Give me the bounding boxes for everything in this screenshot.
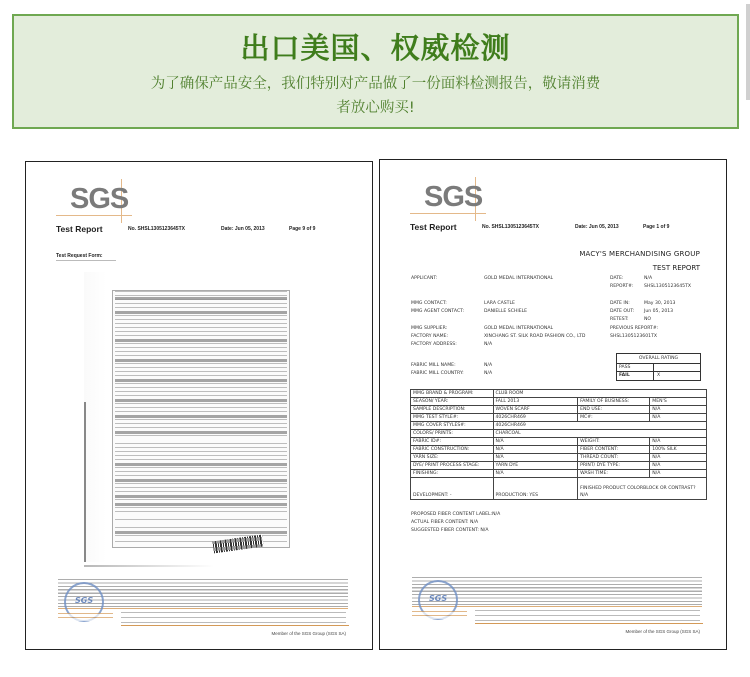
report-header: Test Report No. SHSL1305123645TX Date: J… xyxy=(410,222,710,236)
field-value: N/A xyxy=(484,342,492,347)
fiber-content-line: SUGGESTED FIBER CONTENT: N/A xyxy=(411,528,488,533)
sgs-logo: SGS xyxy=(56,179,128,219)
sgs-logo: SGS xyxy=(410,177,482,217)
group-title: MACY'S MERCHANDISING GROUP xyxy=(579,250,700,258)
field-value: GOLD MEDAL INTERNATIONAL xyxy=(484,326,553,331)
field-value: NO xyxy=(644,317,651,322)
page-number: Page 1 of 9 xyxy=(643,224,669,230)
table-row: SAMPLE DESCRIPTION:WOVEN SCARFEND USE:N/… xyxy=(411,406,707,414)
fiber-content-line: ACTUAL FIBER CONTENT: N/A xyxy=(411,520,478,525)
report-date: Date: Jun 05, 2013 xyxy=(575,224,619,230)
field-label: DATE OUT: xyxy=(610,309,634,314)
report-header: Test Report No. SHSL1305123645TX Date: J… xyxy=(56,224,356,238)
field-label: DATE IN: xyxy=(610,301,630,306)
test-report-page-1: SGS Test Report No. SHSL1305123645TX Dat… xyxy=(379,159,727,650)
test-request-form-label: Test Request Form: xyxy=(56,253,103,259)
spec-table: MMG BRAND & PROGRAM:CLUB ROOMSEASON/ YEA… xyxy=(410,389,707,500)
table-row: SEASON/ YEAR:FALL 2013FAMILY OF BUSINESS… xyxy=(411,398,707,406)
banner-subtitle-line2: 者放心购买! xyxy=(104,96,647,120)
scanned-request-form xyxy=(84,272,306,562)
field-value: XINCHANG ST. SILK ROAD FASHION CO., LTD xyxy=(484,334,585,339)
address-block xyxy=(121,612,346,623)
page-number: Page 9 of 9 xyxy=(289,226,315,232)
field-value: May 30, 2013 xyxy=(644,301,675,306)
scrollbar[interactable] xyxy=(746,4,750,100)
table-row: FINISHING:N/AWASH TIME:N/A xyxy=(411,470,707,478)
table-row: DYE/ PRINT PROCESS STAGE:YARN DYEPRINT/ … xyxy=(411,462,707,470)
report-title: Test Report xyxy=(410,222,457,232)
table-row: MMG BRAND & PROGRAM:CLUB ROOM xyxy=(411,390,707,398)
report-number: No. SHSL1305123645TX xyxy=(128,226,185,232)
report-number: No. SHSL1305123645TX xyxy=(482,224,539,230)
field-label: MMG CONTACT: xyxy=(411,301,447,306)
field-label: PREVIOUS REPORT#: xyxy=(610,326,658,331)
field-label: MMG SUPPLIER: xyxy=(411,326,447,331)
field-value: N/A xyxy=(484,371,492,376)
group-subtitle: TEST REPORT xyxy=(653,264,700,272)
field-label: APPLICANT: xyxy=(411,276,437,281)
table-row: MMG TEST STYLE#:4026CHR469MC#:N/A xyxy=(411,414,707,422)
field-label: RETEST: xyxy=(610,317,629,322)
field-label: DATE: xyxy=(610,276,624,281)
field-label: FACTORY ADDRESS: xyxy=(411,342,457,347)
field-value: Jun 05, 2013 xyxy=(644,309,673,314)
table-row: MMG COVER STYLES#:4026CHR469 xyxy=(411,422,707,430)
table-row: YARN SIZE:N/ATHREAD COUNT:N/A xyxy=(411,454,707,462)
fiber-content-line: PROPOSED FIBER CONTENT LABEL:N/A xyxy=(411,512,500,517)
table-row: DEVELOPMENT: -PRODUCTION: YESFINISHED PR… xyxy=(411,478,707,500)
field-value: N/A xyxy=(644,276,652,281)
test-report-page-9: SGS Test Report No. SHSL1305123645TX Dat… xyxy=(25,161,373,650)
field-value: N/A xyxy=(484,363,492,368)
field-value: DANIELLE SCHIELE xyxy=(484,309,527,314)
field-value: GOLD MEDAL INTERNATIONAL xyxy=(484,276,553,281)
field-label: FABRIC MILL NAME: xyxy=(411,363,456,368)
field-value: LARA CASTLE xyxy=(484,301,515,306)
table-row: COLORS/ PRINTS:CHARCOAL xyxy=(411,430,707,438)
field-label: REPORT#: xyxy=(610,284,634,289)
header-banner: 出口美国、权威检测 为了确保产品安全，我们特别对产品做了一份面料检测报告，敬请消… xyxy=(12,14,739,129)
field-value: SHSL1305123601TX xyxy=(610,334,657,339)
report-date: Date: Jun 05, 2013 xyxy=(221,226,265,232)
field-label: FABRIC MILL COUNTRY: xyxy=(411,371,464,376)
overall-rating-box: OVERALL RATING PASS FAILX xyxy=(616,353,701,381)
table-row: FABRIC ID#:N/AWEIGHT:N/A xyxy=(411,438,707,446)
field-label: FACTORY NAME: xyxy=(411,334,448,339)
member-note: Member of the SGS Group (SGS SA) xyxy=(271,631,346,636)
address-block xyxy=(475,610,700,621)
member-note: Member of the SGS Group (SGS SA) xyxy=(625,629,700,634)
field-label: MMG AGENT CONTACT: xyxy=(411,309,464,314)
field-value: SHSL1305123645TX xyxy=(644,284,691,289)
table-row: FABRIC CONSTRUCTION:N/AFIBER CONTENT:100… xyxy=(411,446,707,454)
report-title: Test Report xyxy=(56,224,103,234)
banner-subtitle-line1: 为了确保产品安全，我们特别对产品做了一份面料检测报告，敬请消费 xyxy=(104,72,647,96)
banner-subtitle: 为了确保产品安全，我们特别对产品做了一份面料检测报告，敬请消费 者放心购买! xyxy=(104,72,647,120)
banner-title: 出口美国、权威检测 xyxy=(14,26,737,67)
